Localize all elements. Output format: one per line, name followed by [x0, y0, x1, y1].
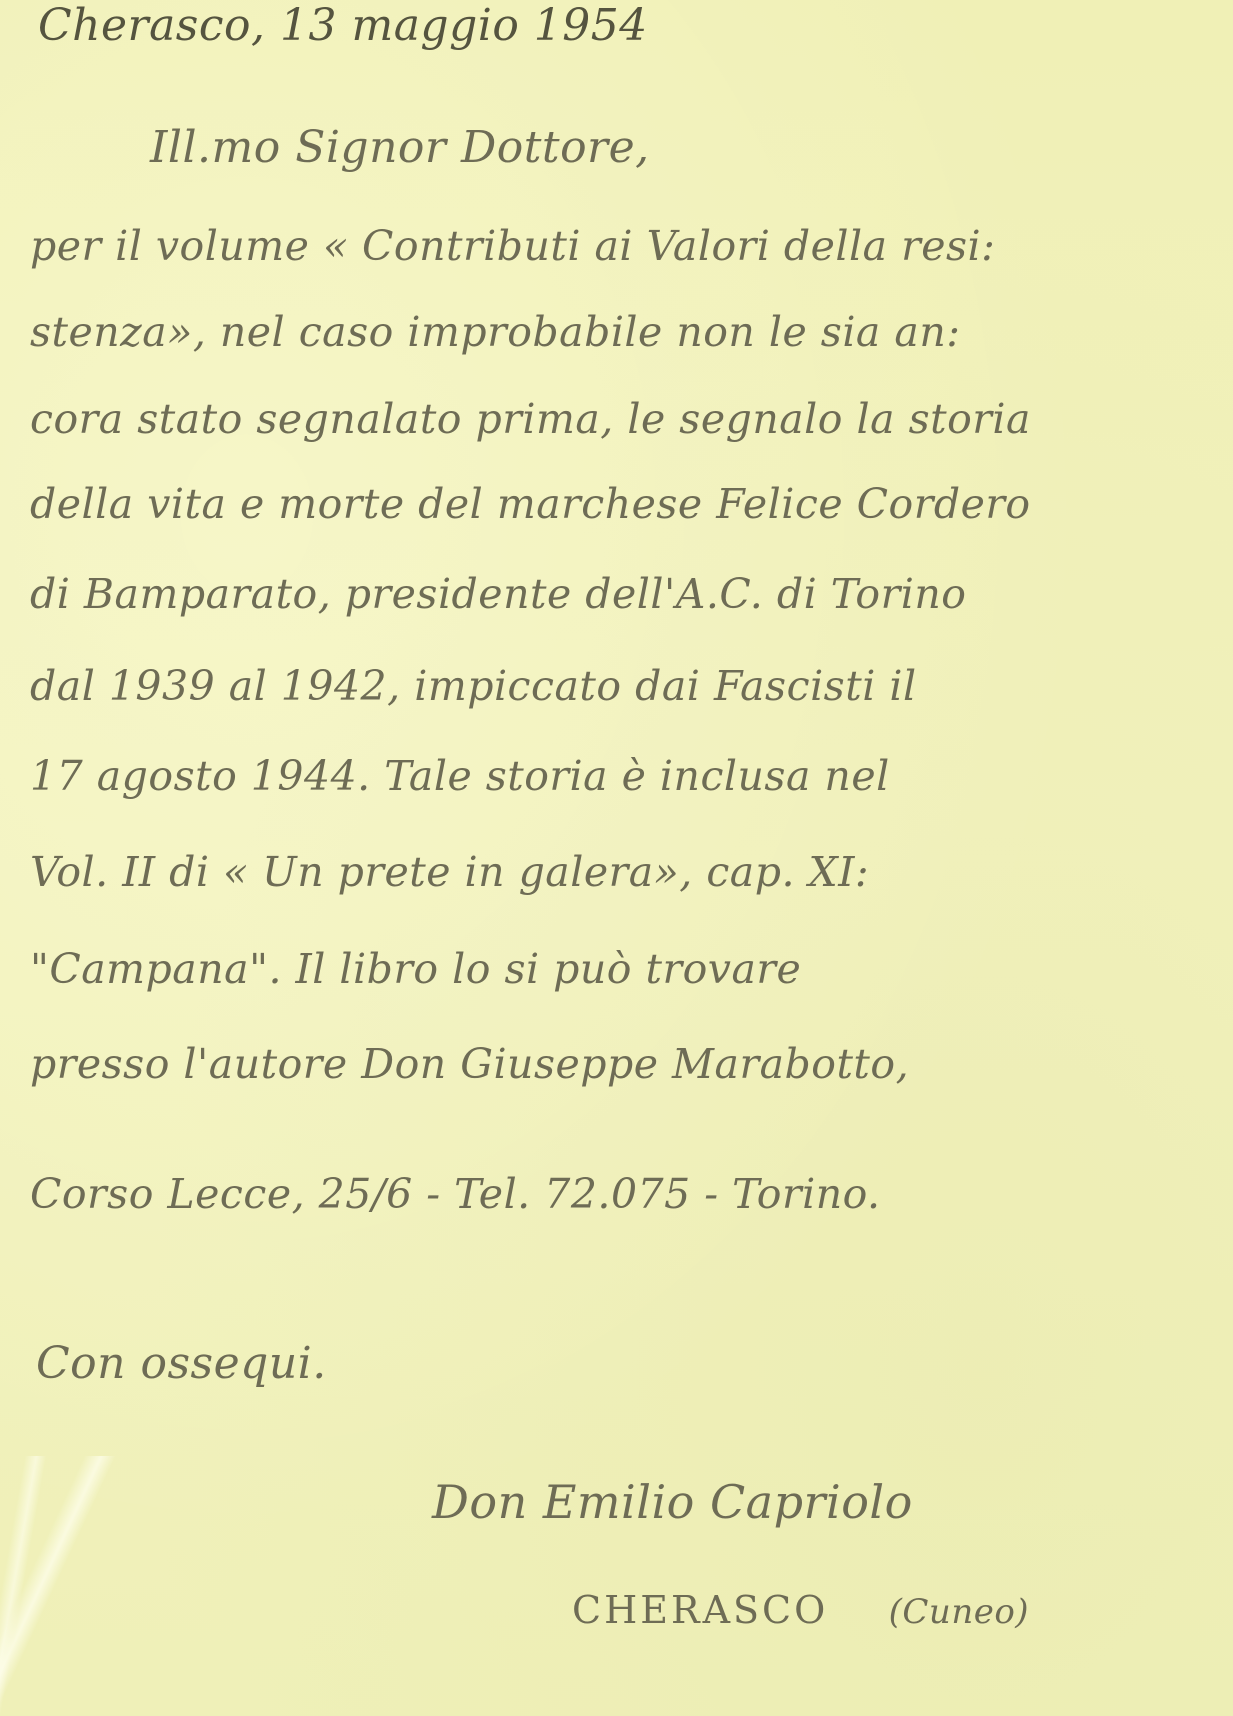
body-line: stenza», nel caso improbabile non le sia…: [30, 308, 961, 356]
signature-province: (Cuneo): [889, 1592, 1029, 1632]
body-line: dal 1939 al 1942, impiccato dai Fascisti…: [30, 662, 917, 710]
body-line: Vol. II di « Un prete in galera», cap. X…: [30, 848, 869, 896]
letter-page: Cherasco, 13 maggio 1954 Ill.mo Signor D…: [0, 0, 1233, 1716]
signature-name: Don Emilio Capriolo: [432, 1475, 913, 1529]
body-line: presso l'autore Don Giuseppe Marabotto,: [30, 1040, 909, 1088]
place-date: Cherasco, 13 maggio 1954: [38, 0, 648, 51]
body-line: "Campana". Il libro lo si può trovare: [30, 945, 801, 993]
body-line: 17 agosto 1944. Tale storia è inclusa ne…: [30, 752, 890, 800]
signature-town: CHERASCO: [572, 1588, 828, 1632]
closing: Con ossequi.: [36, 1338, 327, 1389]
body-line: di Bamparato, presidente dell'A.C. di To…: [30, 570, 966, 618]
signature-place: CHERASCO (Cuneo): [572, 1588, 1029, 1632]
paper-crease: [0, 1456, 120, 1716]
body-line: cora stato segnalato prima, le segnalo l…: [30, 395, 1031, 443]
body-line: Corso Lecce, 25/6 - Tel. 72.075 - Torino…: [30, 1170, 881, 1218]
body-line: per il volume « Contributi ai Valori del…: [30, 222, 995, 270]
body-line: della vita e morte del marchese Felice C…: [30, 480, 1031, 528]
salutation: Ill.mo Signor Dottore,: [150, 122, 650, 173]
